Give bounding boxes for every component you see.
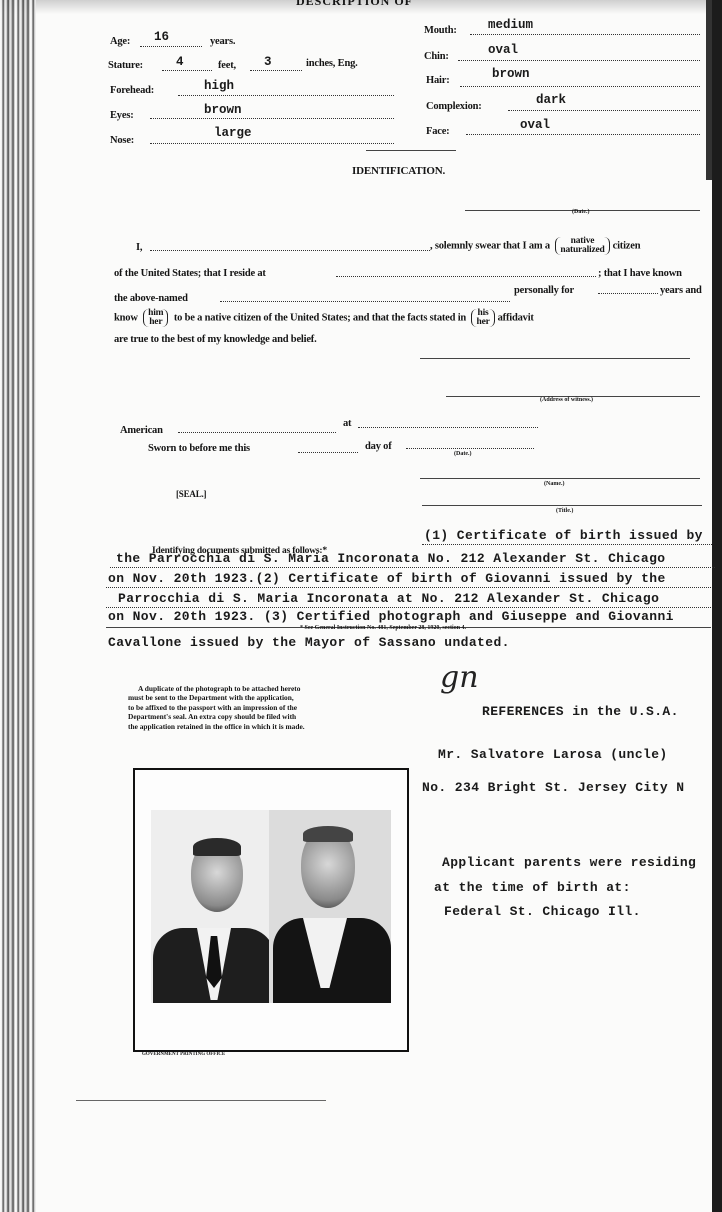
footnote: * See General Instruction No. 481, Septe… bbox=[300, 625, 466, 631]
face-value: oval bbox=[520, 118, 550, 132]
years-text: years and bbox=[660, 285, 702, 296]
personally-for-text: personally for bbox=[514, 285, 574, 296]
references-heading: REFERENCES in the U.S.A. bbox=[482, 704, 679, 719]
above-named-text: the above-named bbox=[114, 293, 188, 304]
feet-label: feet, bbox=[218, 60, 236, 71]
person-right bbox=[273, 810, 391, 1003]
pronoun-brace-2: hisher bbox=[471, 309, 494, 327]
page-edge-shadow bbox=[712, 0, 722, 1212]
forehead-value: high bbox=[204, 79, 234, 93]
identification-heading: IDENTIFICATION. bbox=[352, 165, 445, 177]
sworn-date-caption: (Date.) bbox=[454, 451, 472, 457]
face-label: Face: bbox=[426, 126, 449, 137]
chin-value: oval bbox=[488, 43, 518, 57]
at-label: at bbox=[343, 418, 351, 429]
document-line-5: on Nov. 20th 1923. (3) Certified photogr… bbox=[108, 609, 674, 624]
document-line-6: Cavallone issued by the Mayor of Sassano… bbox=[108, 635, 510, 650]
section-title-description: DESCRIPTION OF bbox=[296, 0, 413, 9]
pronoun-brace-1: himher bbox=[143, 309, 168, 327]
parents-line-2: at the time of birth at: bbox=[434, 880, 631, 895]
forehead-label: Forehead: bbox=[110, 85, 154, 96]
inches-label: inches, Eng. bbox=[306, 58, 358, 69]
parents-line-3: Federal St. Chicago Ill. bbox=[444, 904, 641, 919]
age-value: 16 bbox=[154, 30, 169, 44]
binding-edge bbox=[0, 0, 36, 1212]
mouth-label: Mouth: bbox=[424, 25, 457, 36]
applicant-photograph bbox=[151, 810, 391, 1003]
age-label: Age: bbox=[110, 36, 130, 47]
title-caption: (Title.) bbox=[556, 508, 573, 514]
stature-label: Stature: bbox=[108, 60, 143, 71]
affiant-prefix: I, bbox=[136, 242, 142, 253]
eyes-label: Eyes: bbox=[110, 110, 134, 121]
document-line-3: on Nov. 20th 1923.(2) Certificate of bir… bbox=[108, 571, 666, 586]
mouth-value: medium bbox=[488, 18, 533, 32]
signature-initials: gn bbox=[440, 660, 479, 695]
document-line-1: (1) Certificate of birth issued by bbox=[424, 528, 703, 543]
name-caption: (Name.) bbox=[544, 481, 565, 487]
parents-line-1: Applicant parents were residing bbox=[442, 855, 696, 870]
date-caption: (Date.) bbox=[572, 209, 590, 215]
document-line-4: Parrocchia di S. Maria Incoronata at No.… bbox=[118, 591, 659, 606]
sworn-text: Sworn to before me this bbox=[148, 443, 250, 454]
reference-address: No. 234 Bright St. Jersey City N bbox=[422, 780, 684, 795]
american-label: American bbox=[120, 425, 163, 436]
stature-feet-value: 4 bbox=[176, 55, 184, 69]
complexion-value: dark bbox=[536, 93, 566, 107]
citizenship-brace: nativenaturalized bbox=[555, 237, 609, 255]
stature-inches-value: 3 bbox=[264, 55, 272, 69]
nose-value: large bbox=[214, 126, 252, 140]
seal-label: [SEAL.] bbox=[176, 489, 206, 499]
photograph-frame bbox=[133, 768, 409, 1052]
photo-instructions: A duplicate of the photograph to be atta… bbox=[128, 684, 408, 731]
known-text: ; that I have known bbox=[598, 268, 682, 279]
page-edge-shadow-upper bbox=[706, 0, 712, 180]
complexion-label: Complexion: bbox=[426, 101, 482, 112]
residence-text: of the United States; that I reside at bbox=[114, 268, 266, 279]
hair-value: brown bbox=[492, 67, 530, 81]
nose-label: Nose: bbox=[110, 135, 134, 146]
person-left bbox=[151, 810, 276, 1003]
document-line-2: the Parrocchia di S. Maria Incoronata No… bbox=[116, 551, 666, 566]
address-caption: (Address of witness.) bbox=[540, 397, 593, 403]
eyes-value: brown bbox=[204, 103, 242, 117]
belief-text: are true to the best of my knowledge and… bbox=[114, 334, 317, 345]
reference-name: Mr. Salvatore Larosa (uncle) bbox=[438, 747, 668, 762]
hair-label: Hair: bbox=[426, 75, 450, 86]
chin-label: Chin: bbox=[424, 51, 449, 62]
oath-text: , solemnly swear that I am a bbox=[430, 240, 550, 251]
age-unit: years. bbox=[210, 36, 235, 47]
day-of-text: day of bbox=[365, 441, 392, 452]
printer-caption: GOVERNMENT PRINTING OFFICE bbox=[142, 1052, 225, 1057]
